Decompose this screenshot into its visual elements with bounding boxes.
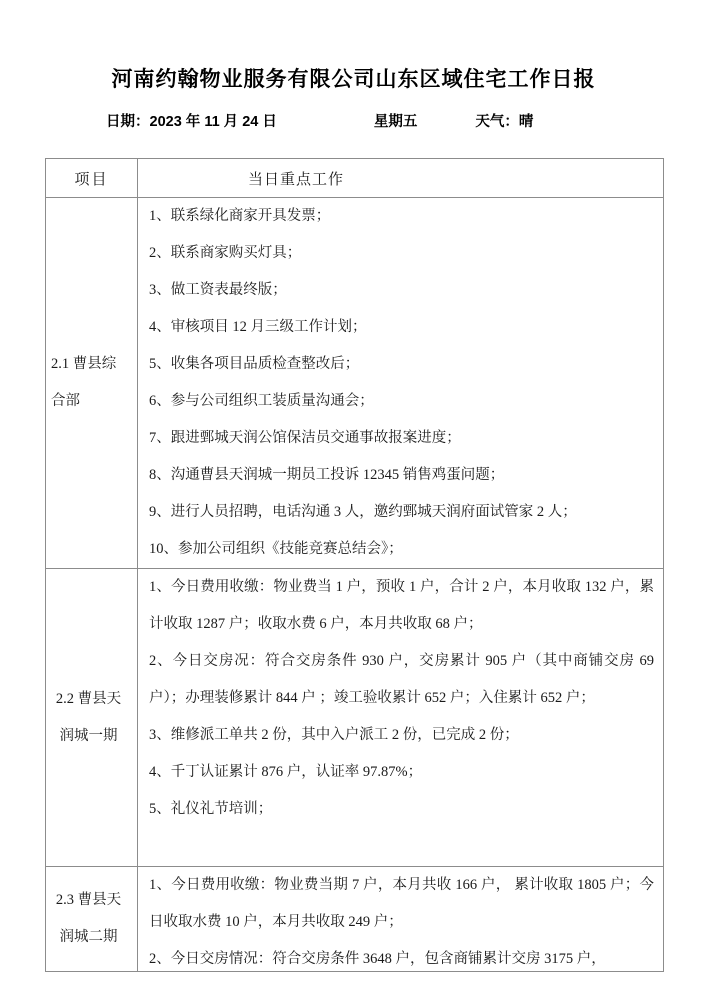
work-item: 9、进行人员招聘，电话沟通 3 人，邀约鄄城天润府面试管家 2 人； bbox=[149, 494, 654, 531]
header-cell-work: 当日重点工作 bbox=[138, 159, 663, 197]
work-item: 1、今日费用收缴：物业费当 1 户，预收 1 户，合计 2 户，本月收取 132… bbox=[149, 569, 654, 643]
work-item: 5、收集各项目品质检查整改后； bbox=[149, 346, 654, 383]
work-item: 3、做工资表最终版； bbox=[149, 272, 654, 309]
row-label-cell: 2.3 曹县天润城二期 bbox=[46, 867, 138, 971]
weather-label: 天气：晴 bbox=[475, 114, 533, 130]
work-item: 2、联系商家购买灯具； bbox=[149, 235, 654, 272]
row-label-cell: 2.2 曹县天润城一期 bbox=[46, 569, 138, 866]
table-header-row: 项目 当日重点工作 bbox=[46, 159, 663, 197]
table-row-caoxian-zonghebu: 2.1 曹县综合部 1、联系绿化商家开具发票； 2、联系商家购买灯具； 3、做工… bbox=[46, 197, 663, 568]
work-item: 3、维修派工单共 2 份，其中入户派工 2 份，已完成 2 份； bbox=[149, 717, 654, 754]
row-label-cell: 2.1 曹县综合部 bbox=[46, 198, 138, 568]
date-label: 日期：2023 年 11 月 24 日 bbox=[106, 114, 277, 130]
document-page: 河南约翰物业服务有限公司山东区域住宅工作日报 日期：2023 年 11 月 24… bbox=[0, 0, 707, 999]
work-items-cell: 1、今日费用收缴：物业费当 1 户，预收 1 户，合计 2 户，本月收取 132… bbox=[138, 569, 663, 866]
work-item: 5、礼仪礼节培训； bbox=[149, 791, 654, 828]
work-items-cell: 1、联系绿化商家开具发票； 2、联系商家购买灯具； 3、做工资表最终版； 4、审… bbox=[138, 198, 663, 568]
row-label: 2.3 曹县天润城二期 bbox=[51, 882, 126, 956]
work-items-cell: 1、今日费用收缴：物业费当期 7 户，本月共收 166 户， 累计收取 1805… bbox=[138, 867, 663, 971]
page-title: 河南约翰物业服务有限公司山东区域住宅工作日报 bbox=[0, 63, 707, 93]
work-item: 4、审核项目 12 月三级工作计划； bbox=[149, 309, 654, 346]
work-item: 8、沟通曹县天润城一期员工投诉 12345 销售鸡蛋问题； bbox=[149, 457, 654, 494]
work-item: 1、联系绿化商家开具发票； bbox=[149, 198, 654, 235]
header-cell-project: 项目 bbox=[46, 159, 138, 197]
table-row-tianrun-phase1: 2.2 曹县天润城一期 1、今日费用收缴：物业费当 1 户，预收 1 户，合计 … bbox=[46, 568, 663, 866]
work-item: 2、今日交房况：符合交房条件 930 户，交房累计 905 户（其中商铺交房 6… bbox=[149, 643, 654, 717]
work-item: 1、今日费用收缴：物业费当期 7 户，本月共收 166 户， 累计收取 1805… bbox=[149, 867, 654, 941]
work-item: 10、参加公司组织《技能竞赛总结会》； bbox=[149, 531, 654, 568]
meta-line: 日期：2023 年 11 月 24 日星期五天气：晴 bbox=[106, 110, 533, 131]
work-item: 6、参与公司组织工装质量沟通会； bbox=[149, 383, 654, 420]
work-item: 4、千丁认证累计 876 户，认证率 97.87%； bbox=[149, 754, 654, 791]
row-label: 2.1 曹县综合部 bbox=[51, 346, 126, 420]
table-row-tianrun-phase2: 2.3 曹县天润城二期 1、今日费用收缴：物业费当期 7 户，本月共收 166 … bbox=[46, 866, 663, 971]
report-table: 项目 当日重点工作 2.1 曹县综合部 1、联系绿化商家开具发票； 2、联系商家… bbox=[45, 158, 664, 972]
weekday-label: 星期五 bbox=[374, 114, 418, 130]
row-label: 2.2 曹县天润城一期 bbox=[51, 681, 126, 755]
work-item: 2、今日交房情况：符合交房条件 3648 户，包含商铺累计交房 3175 户， bbox=[149, 941, 654, 971]
work-item: 7、跟进鄄城天润公馆保洁员交通事故报案进度； bbox=[149, 420, 654, 457]
